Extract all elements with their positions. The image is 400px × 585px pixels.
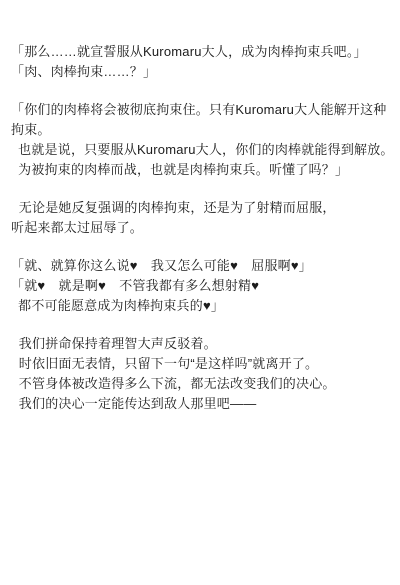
- text-line: 为被拘束的肉棒而战，也就是肉棒拘束兵。听懂了吗？」: [11, 160, 398, 180]
- text-line: 时依旧面无表情，只留下一句“是这样吗”就离开了。: [11, 354, 398, 374]
- text-line: 我们的决心一定能传达到敌人那里吧——: [11, 394, 398, 414]
- text-line: 也就是说，只要服从Kuromaru大人，你们的肉棒就能得到解放。: [11, 140, 398, 160]
- text-line: 「你们的肉棒将会被彻底拘束住。只有Kuromaru大人能解开这种拘束。: [11, 100, 398, 140]
- dialogue-paragraph-2: 「你们的肉棒将会被彻底拘束住。只有Kuromaru大人能解开这种拘束。 也就是说…: [11, 100, 398, 180]
- text-line: 不管身体被改造得多么下流，都无法改变我们的决心。: [11, 374, 398, 394]
- dialogue-paragraph-1: 「那么……就宣誓服从Kuromaru大人，成为肉棒拘束兵吧。」 「肉、肉棒拘束……: [11, 42, 398, 82]
- dialogue-paragraph-3: 「就、就算你这么说♥ 我又怎么可能♥ 屈服啊♥」 「就♥ 就是啊♥ 不管我都有多…: [11, 256, 398, 316]
- text-page: 「那么……就宣誓服从Kuromaru大人，成为肉棒拘束兵吧。」 「肉、肉棒拘束……: [0, 0, 400, 585]
- text-line: 听起来都太过屈辱了。: [11, 218, 398, 238]
- text-line: 我们拼命保持着理智大声反驳着。: [11, 334, 398, 354]
- narration-paragraph-1: 无论是她反复强调的肉棒拘束，还是为了射精而屈服， 听起来都太过屈辱了。: [11, 198, 398, 238]
- text-line: 「那么……就宣誓服从Kuromaru大人，成为肉棒拘束兵吧。」: [11, 42, 398, 62]
- text-line: 「就♥ 就是啊♥ 不管我都有多么想射精♥: [11, 276, 398, 296]
- text-line: 都不可能愿意成为肉棒拘束兵的♥」: [11, 296, 398, 316]
- text-line: 无论是她反复强调的肉棒拘束，还是为了射精而屈服，: [11, 198, 398, 218]
- text-line: 「肉、肉棒拘束……？」: [11, 62, 398, 82]
- narration-paragraph-2: 我们拼命保持着理智大声反驳着。 时依旧面无表情，只留下一句“是这样吗”就离开了。…: [11, 334, 398, 414]
- text-line: 「就、就算你这么说♥ 我又怎么可能♥ 屈服啊♥」: [11, 256, 398, 276]
